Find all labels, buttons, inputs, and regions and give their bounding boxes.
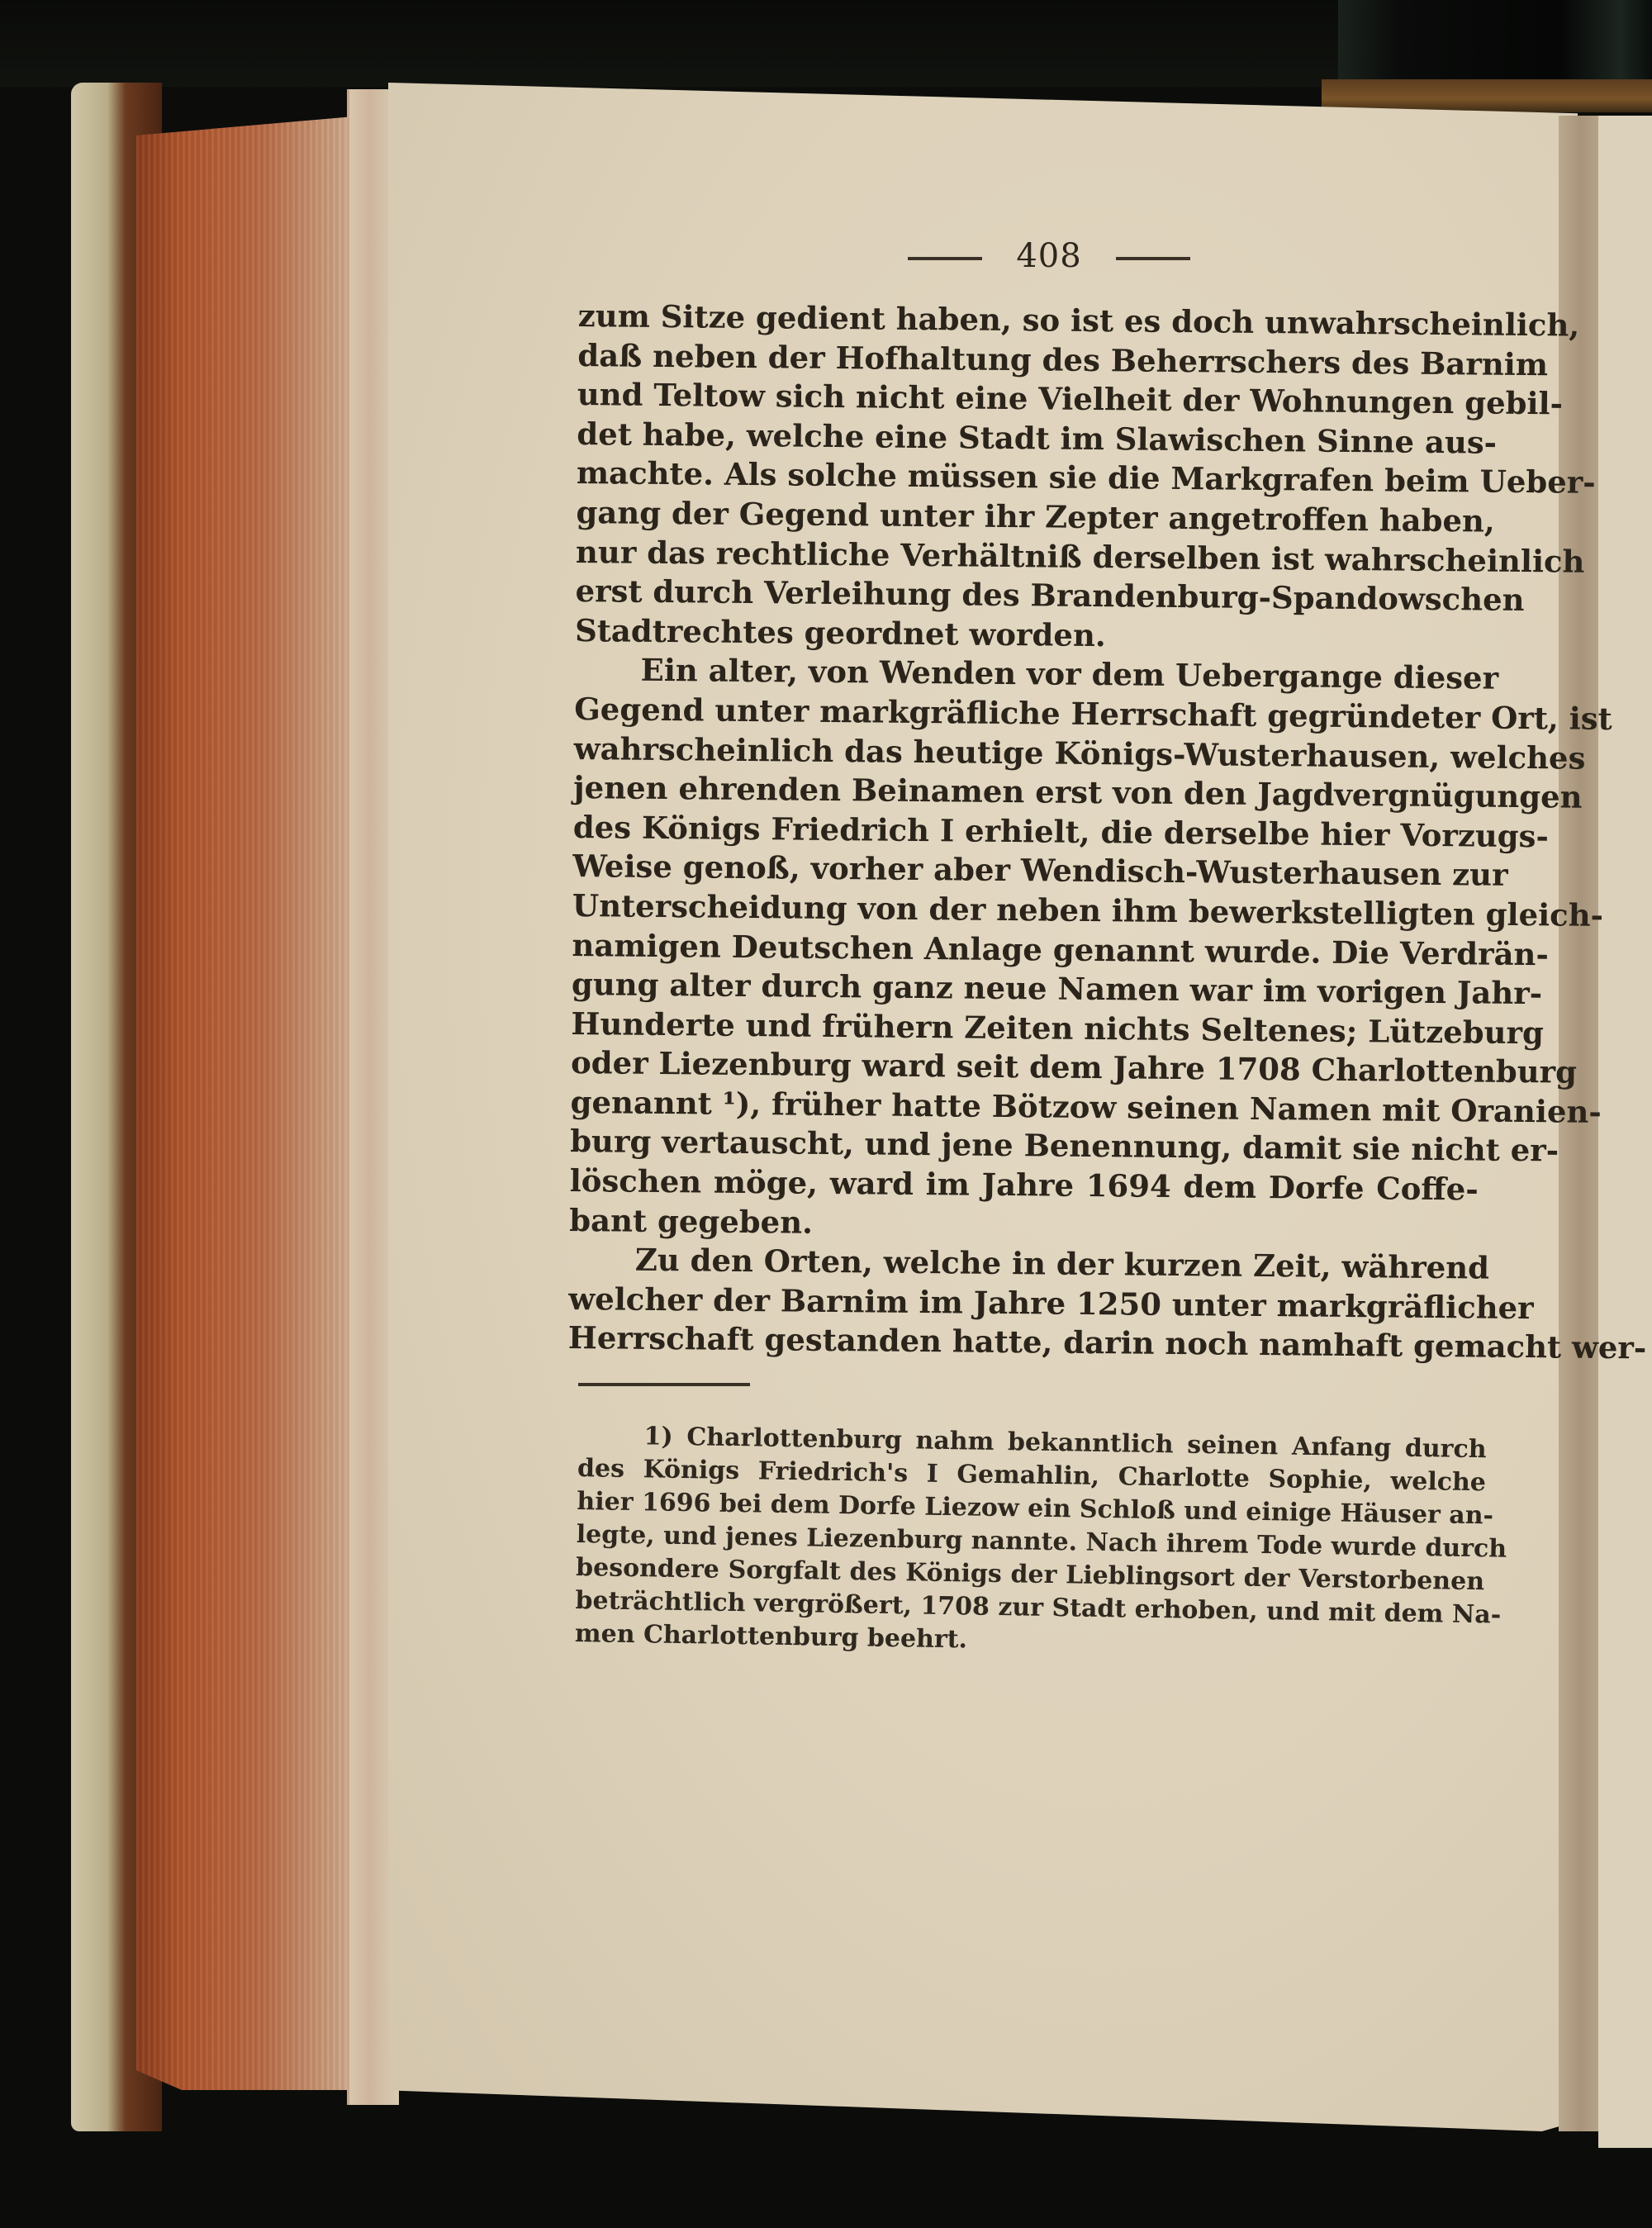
body-text: zum Sitze gedient haben, so ist es doch … [568,297,1487,1367]
page-content: 408 zum Sitze gedient haben, so ist es d… [578,235,1487,1651]
cloth-backdrop [1338,0,1652,83]
binding-strip [1322,79,1652,112]
red-page-edges [136,116,363,2090]
running-head: 408 [611,235,1487,277]
paragraph-3: Zu den Orten, welche in der kurzen Zeit,… [568,1240,1478,1366]
facing-page-edge [1598,116,1652,2148]
paragraph-2: Ein alter, von Wenden vor dem Uebergange… [569,650,1483,1248]
paragraph-1: zum Sitze gedient haben, so ist es doch … [575,297,1487,659]
head-dash-left [908,257,982,260]
footnote-separator [578,1383,750,1386]
text-line: Herrschaft gestanden hatte, darin noch n… [568,1318,1477,1366]
page-number: 408 [1016,237,1081,275]
head-dash-right [1116,257,1190,260]
footnotes: 1) Charlottenburg nahm bekanntlich seine… [575,1419,1487,1665]
